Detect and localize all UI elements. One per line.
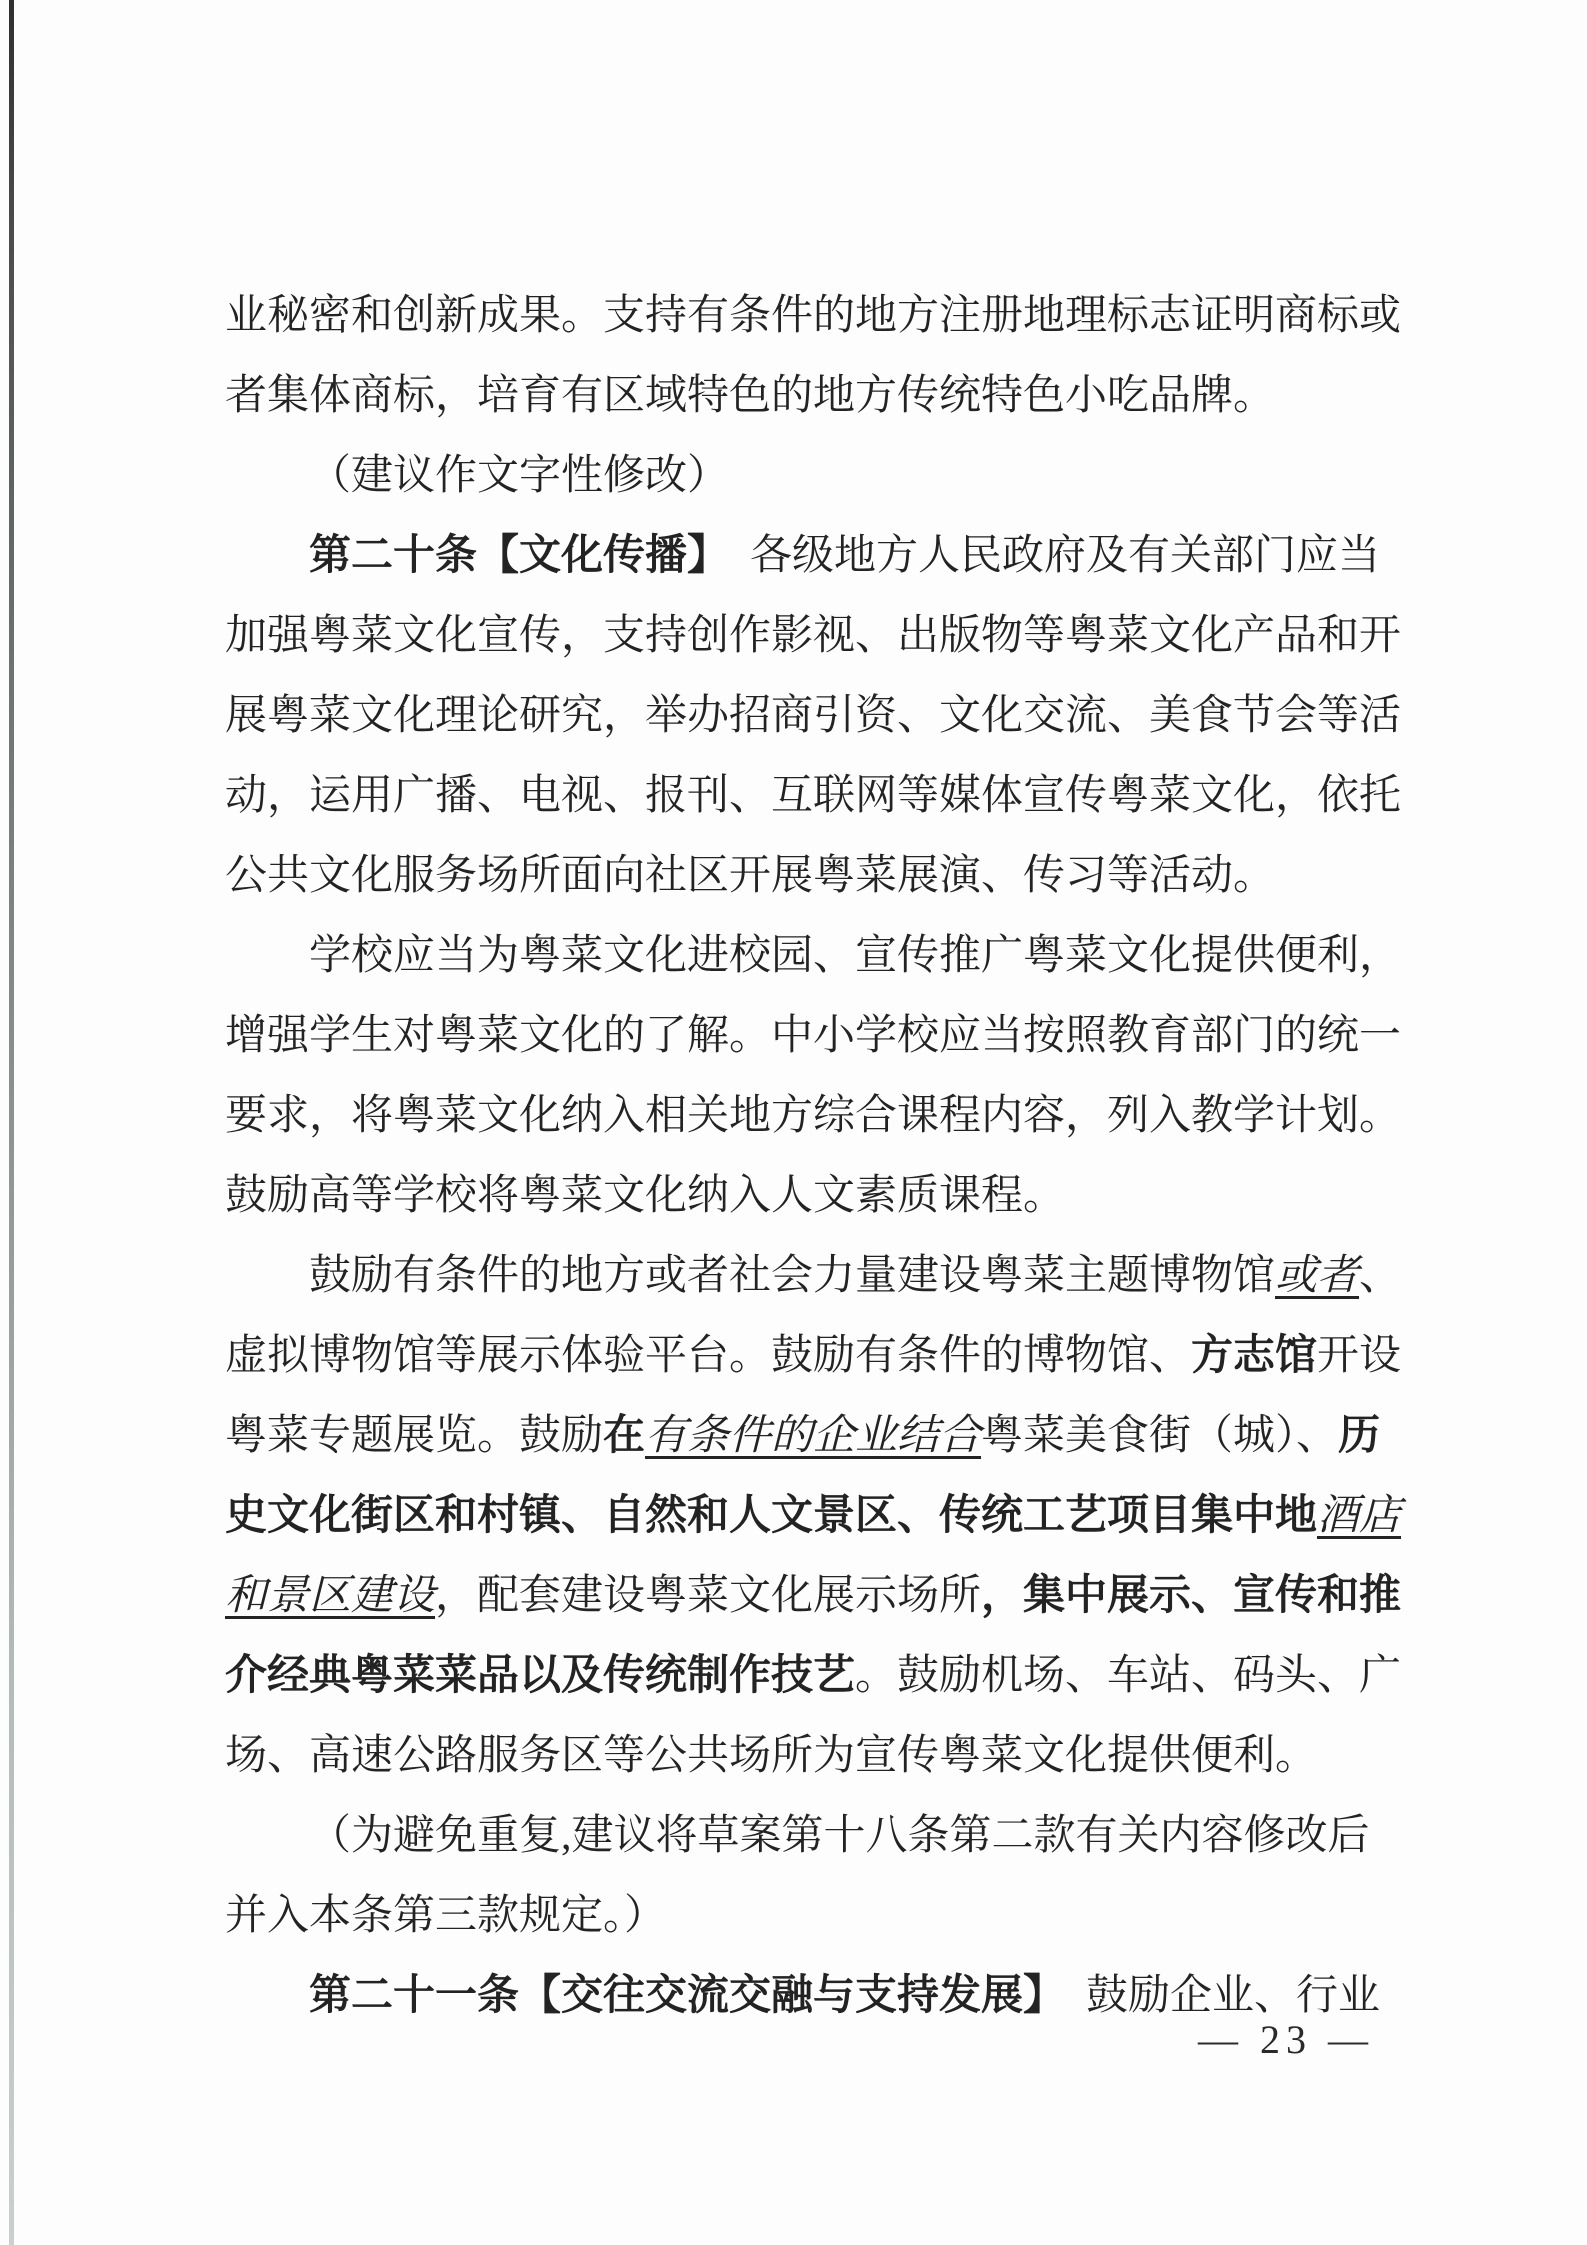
text-line: 场、高速公路服务区等公共场所为宣传粤菜文化提供便利。 bbox=[225, 1716, 1410, 1796]
text-run-ins: 有条件的企业结合 bbox=[645, 1413, 981, 1459]
text-run-bold: 第二十条【文化传播】 bbox=[309, 533, 708, 579]
text-run-bold: 第二十一条【交往交流交融与支持发展】 bbox=[309, 1973, 1044, 2019]
text-run-regular: 、 bbox=[1359, 1253, 1401, 1299]
text-run-regular: （建议作文字性修改） bbox=[309, 453, 729, 499]
text-line: 增强学生对粤菜文化的了解。中小学校应当按照教育部门的统一 bbox=[225, 996, 1410, 1076]
text-run-regular: 并入本条第三款规定。） bbox=[225, 1893, 666, 1939]
text-line: 公共文化服务场所面向社区开展粤菜展演、传习等活动。 bbox=[225, 836, 1410, 916]
text-line: 并入本条第三款规定。） bbox=[225, 1876, 1410, 1956]
text-run-regular: 要求，将粤菜文化纳入相关地方综合课程内容，列入教学计划。 bbox=[225, 1093, 1401, 1139]
text-run-regular: 动，运用广播、电视、报刊、互联网等媒体宣传粤菜文化，依托 bbox=[225, 773, 1401, 819]
text-line: （建议作文字性修改） bbox=[225, 436, 1410, 516]
text-run-bold: 历 bbox=[1338, 1413, 1380, 1459]
text-run-regular: 粤菜专题展览。鼓励 bbox=[225, 1413, 603, 1459]
text-run-ins: 或者 bbox=[1275, 1253, 1359, 1299]
text-run-bold: 介经典粤菜菜品以及传统制作技艺 bbox=[225, 1653, 855, 1699]
text-run-regular: 增强学生对粤菜文化的了解。中小学校应当按照教育部门的统一 bbox=[225, 1013, 1401, 1059]
text-run-regular: ，配套建设粤菜文化展示场所 bbox=[435, 1573, 981, 1619]
text-line: 史文化街区和村镇、自然和人文景区、传统工艺项目集中地酒店 bbox=[225, 1476, 1410, 1556]
text-line: 学校应当为粤菜文化进校园、宣传推广粤菜文化提供便利， bbox=[225, 916, 1410, 996]
text-run-regular: 虚拟博物馆等展示体验平台。鼓励有条件的博物馆、 bbox=[225, 1333, 1191, 1379]
text-line: （为避免重复,建议将草案第十八条第二款有关内容修改后 bbox=[225, 1796, 1410, 1876]
text-run-regular: 业秘密和创新成果。支持有条件的地方注册地理标志证明商标或 bbox=[225, 293, 1401, 339]
text-run-bold: 方志馆 bbox=[1191, 1333, 1317, 1379]
text-line: 展粤菜文化理论研究，举办招商引资、文化交流、美食节会等活 bbox=[225, 676, 1410, 756]
page-number: — 23 — bbox=[1198, 2018, 1374, 2062]
text-run-regular: 公共文化服务场所面向社区开展粤菜展演、传习等活动。 bbox=[225, 853, 1275, 899]
text-line: 和景区建设，配套建设粤菜文化展示场所，集中展示、宣传和推 bbox=[225, 1556, 1410, 1636]
text-run-regular: 展粤菜文化理论研究，举办招商引资、文化交流、美食节会等活 bbox=[225, 693, 1401, 739]
text-run-bold: 在 bbox=[603, 1413, 645, 1459]
text-run-regular: 。鼓励机场、车站、码头、广 bbox=[855, 1653, 1401, 1699]
text-run-regular: 鼓励企业、行业 bbox=[1044, 1973, 1380, 2019]
text-run-regular: 者集体商标，培育有区域特色的地方传统特色小吃品牌。 bbox=[225, 373, 1275, 419]
text-run-regular: 各级地方人民政府及有关部门应当 bbox=[708, 533, 1380, 579]
text-run-bold: 史文化街区和村镇、自然和人文景区、传统工艺项目集中地 bbox=[225, 1493, 1317, 1539]
text-line: 虚拟博物馆等展示体验平台。鼓励有条件的博物馆、方志馆开设 bbox=[225, 1316, 1410, 1396]
text-run-regular: 加强粤菜文化宣传，支持创作影视、出版物等粤菜文化产品和开 bbox=[225, 613, 1401, 659]
text-run-regular: （为避免重复,建议将草案第十八条第二款有关内容修改后 bbox=[309, 1813, 1370, 1859]
text-run-regular: 场、高速公路服务区等公共场所为宣传粤菜文化提供便利。 bbox=[225, 1733, 1317, 1779]
text-line: 动，运用广播、电视、报刊、互联网等媒体宣传粤菜文化，依托 bbox=[225, 756, 1410, 836]
scan-edge-artifact bbox=[9, 0, 14, 2245]
text-run-regular: 粤菜美食街（城）、 bbox=[981, 1413, 1338, 1459]
text-line: 业秘密和创新成果。支持有条件的地方注册地理标志证明商标或 bbox=[225, 276, 1410, 356]
text-run-ins: 和景区建设 bbox=[225, 1573, 435, 1619]
text-run-bold: ，集中展示、宣传和推 bbox=[981, 1573, 1401, 1619]
text-line: 粤菜专题展览。鼓励在有条件的企业结合粤菜美食街（城）、历 bbox=[225, 1396, 1410, 1476]
text-line: 鼓励有条件的地方或者社会力量建设粤菜主题博物馆或者、 bbox=[225, 1236, 1410, 1316]
text-line: 要求，将粤菜文化纳入相关地方综合课程内容，列入教学计划。 bbox=[225, 1076, 1410, 1156]
text-run-regular: 鼓励有条件的地方或者社会力量建设粤菜主题博物馆 bbox=[309, 1253, 1275, 1299]
text-run-ins: 酒店 bbox=[1317, 1493, 1401, 1539]
text-line: 介经典粤菜菜品以及传统制作技艺。鼓励机场、车站、码头、广 bbox=[225, 1636, 1410, 1716]
text-line: 鼓励高等学校将粤菜文化纳入人文素质课程。 bbox=[225, 1156, 1410, 1236]
scanned-document-page: 业秘密和创新成果。支持有条件的地方注册地理标志证明商标或者集体商标，培育有区域特… bbox=[0, 0, 1587, 2245]
text-block: 业秘密和创新成果。支持有条件的地方注册地理标志证明商标或者集体商标，培育有区域特… bbox=[225, 276, 1410, 2036]
text-run-regular: 学校应当为粤菜文化进校园、宣传推广粤菜文化提供便利， bbox=[309, 933, 1401, 979]
text-line: 第二十条【文化传播】 各级地方人民政府及有关部门应当 bbox=[225, 516, 1410, 596]
text-run-regular: 开设 bbox=[1317, 1333, 1401, 1379]
text-run-regular: 鼓励高等学校将粤菜文化纳入人文素质课程。 bbox=[225, 1173, 1065, 1219]
text-line: 加强粤菜文化宣传，支持创作影视、出版物等粤菜文化产品和开 bbox=[225, 596, 1410, 676]
text-line: 者集体商标，培育有区域特色的地方传统特色小吃品牌。 bbox=[225, 356, 1410, 436]
